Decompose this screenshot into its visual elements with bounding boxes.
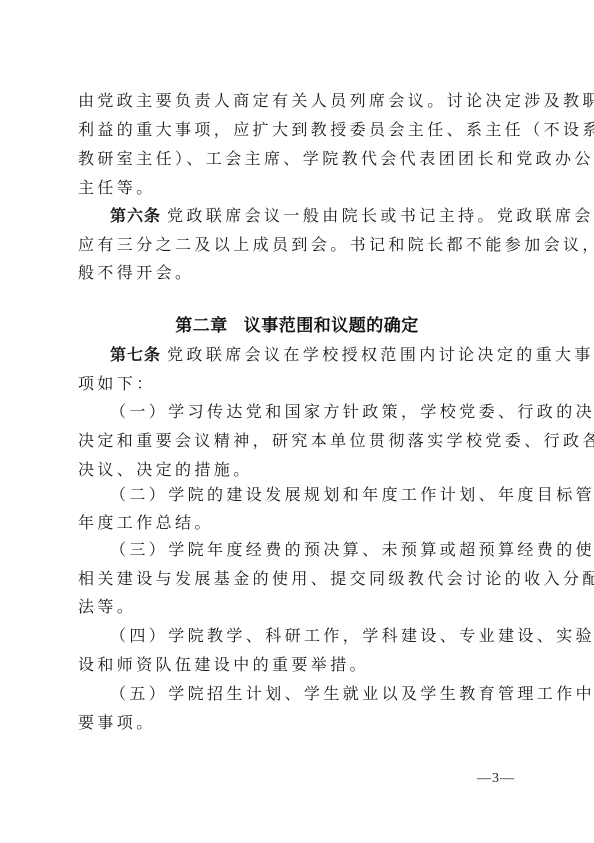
text-line: 教研室主任）、工会主席、学院教代会代表团团长和党政办公室 (78, 149, 520, 169)
list-item-line: （五）学院招生计划、学生就业以及学生教育管理工作中的重 (78, 684, 520, 704)
document-page: 由党政主要负责人商定有关人员列席会议。讨论决定涉及教职工 利益的重大事项，应扩大… (0, 0, 594, 843)
text-line: 决定和重要会议精神，研究本单位贯彻落实学校党委、行政各项 (78, 431, 520, 451)
text-span: 党政联席会议在学校授权范围内讨论决定的重大事 (167, 345, 594, 364)
text-line: 相关建设与发展基金的使用、提交同级教代会讨论的收入分配办 (78, 569, 520, 589)
text-line: 设和师资队伍建设中的重要举措。 (78, 655, 520, 675)
text-line: 决议、决定的措施。 (78, 460, 520, 480)
text-line: 利益的重大事项，应扩大到教授委员会主任、系主任（不设系的 (78, 120, 520, 140)
article-7-first-line: 第七条党政联席会议在学校授权范围内讨论决定的重大事 (78, 345, 520, 365)
list-item-line: （一）学习传达党和国家方针政策，学校党委、行政的决议、 (78, 402, 520, 422)
chapter-heading: 第二章议事范围和议题的确定 (0, 316, 594, 336)
list-item-line: （三）学院年度经费的预决算、未预算或超预算经费的使用、 (78, 540, 520, 560)
chapter-title: 议事范围和议题的确定 (244, 316, 419, 336)
text-line: 要事项。 (78, 713, 520, 733)
text-line: 项如下： (78, 374, 520, 394)
article-6-first-line: 第六条党政联席会议一般由院长或书记主持。党政联席会议 (78, 206, 520, 226)
text-line: 法等。 (78, 597, 520, 617)
page-number: —3— (466, 770, 526, 788)
list-item-line: （二）学院的建设发展规划和年度工作计划、年度目标管理、 (78, 485, 520, 505)
text-line: 般不得开会。 (78, 263, 520, 283)
text-span: 党政联席会议一般由院长或书记主持。党政联席会议 (167, 206, 594, 225)
article-label: 第六条 (110, 206, 161, 225)
text-line: 主任等。 (78, 178, 520, 198)
text-line: 由党政主要负责人商定有关人员列席会议。讨论决定涉及教职工 (78, 91, 520, 111)
article-label: 第七条 (110, 345, 161, 364)
list-item-line: （四）学院教学、科研工作，学科建设、专业建设、实验室建 (78, 626, 520, 646)
chapter-number: 第二章 (175, 316, 228, 336)
text-line: 应有三分之二及以上成员到会。书记和院长都不能参加会议，一 (78, 235, 520, 255)
text-line: 年度工作总结。 (78, 513, 520, 533)
